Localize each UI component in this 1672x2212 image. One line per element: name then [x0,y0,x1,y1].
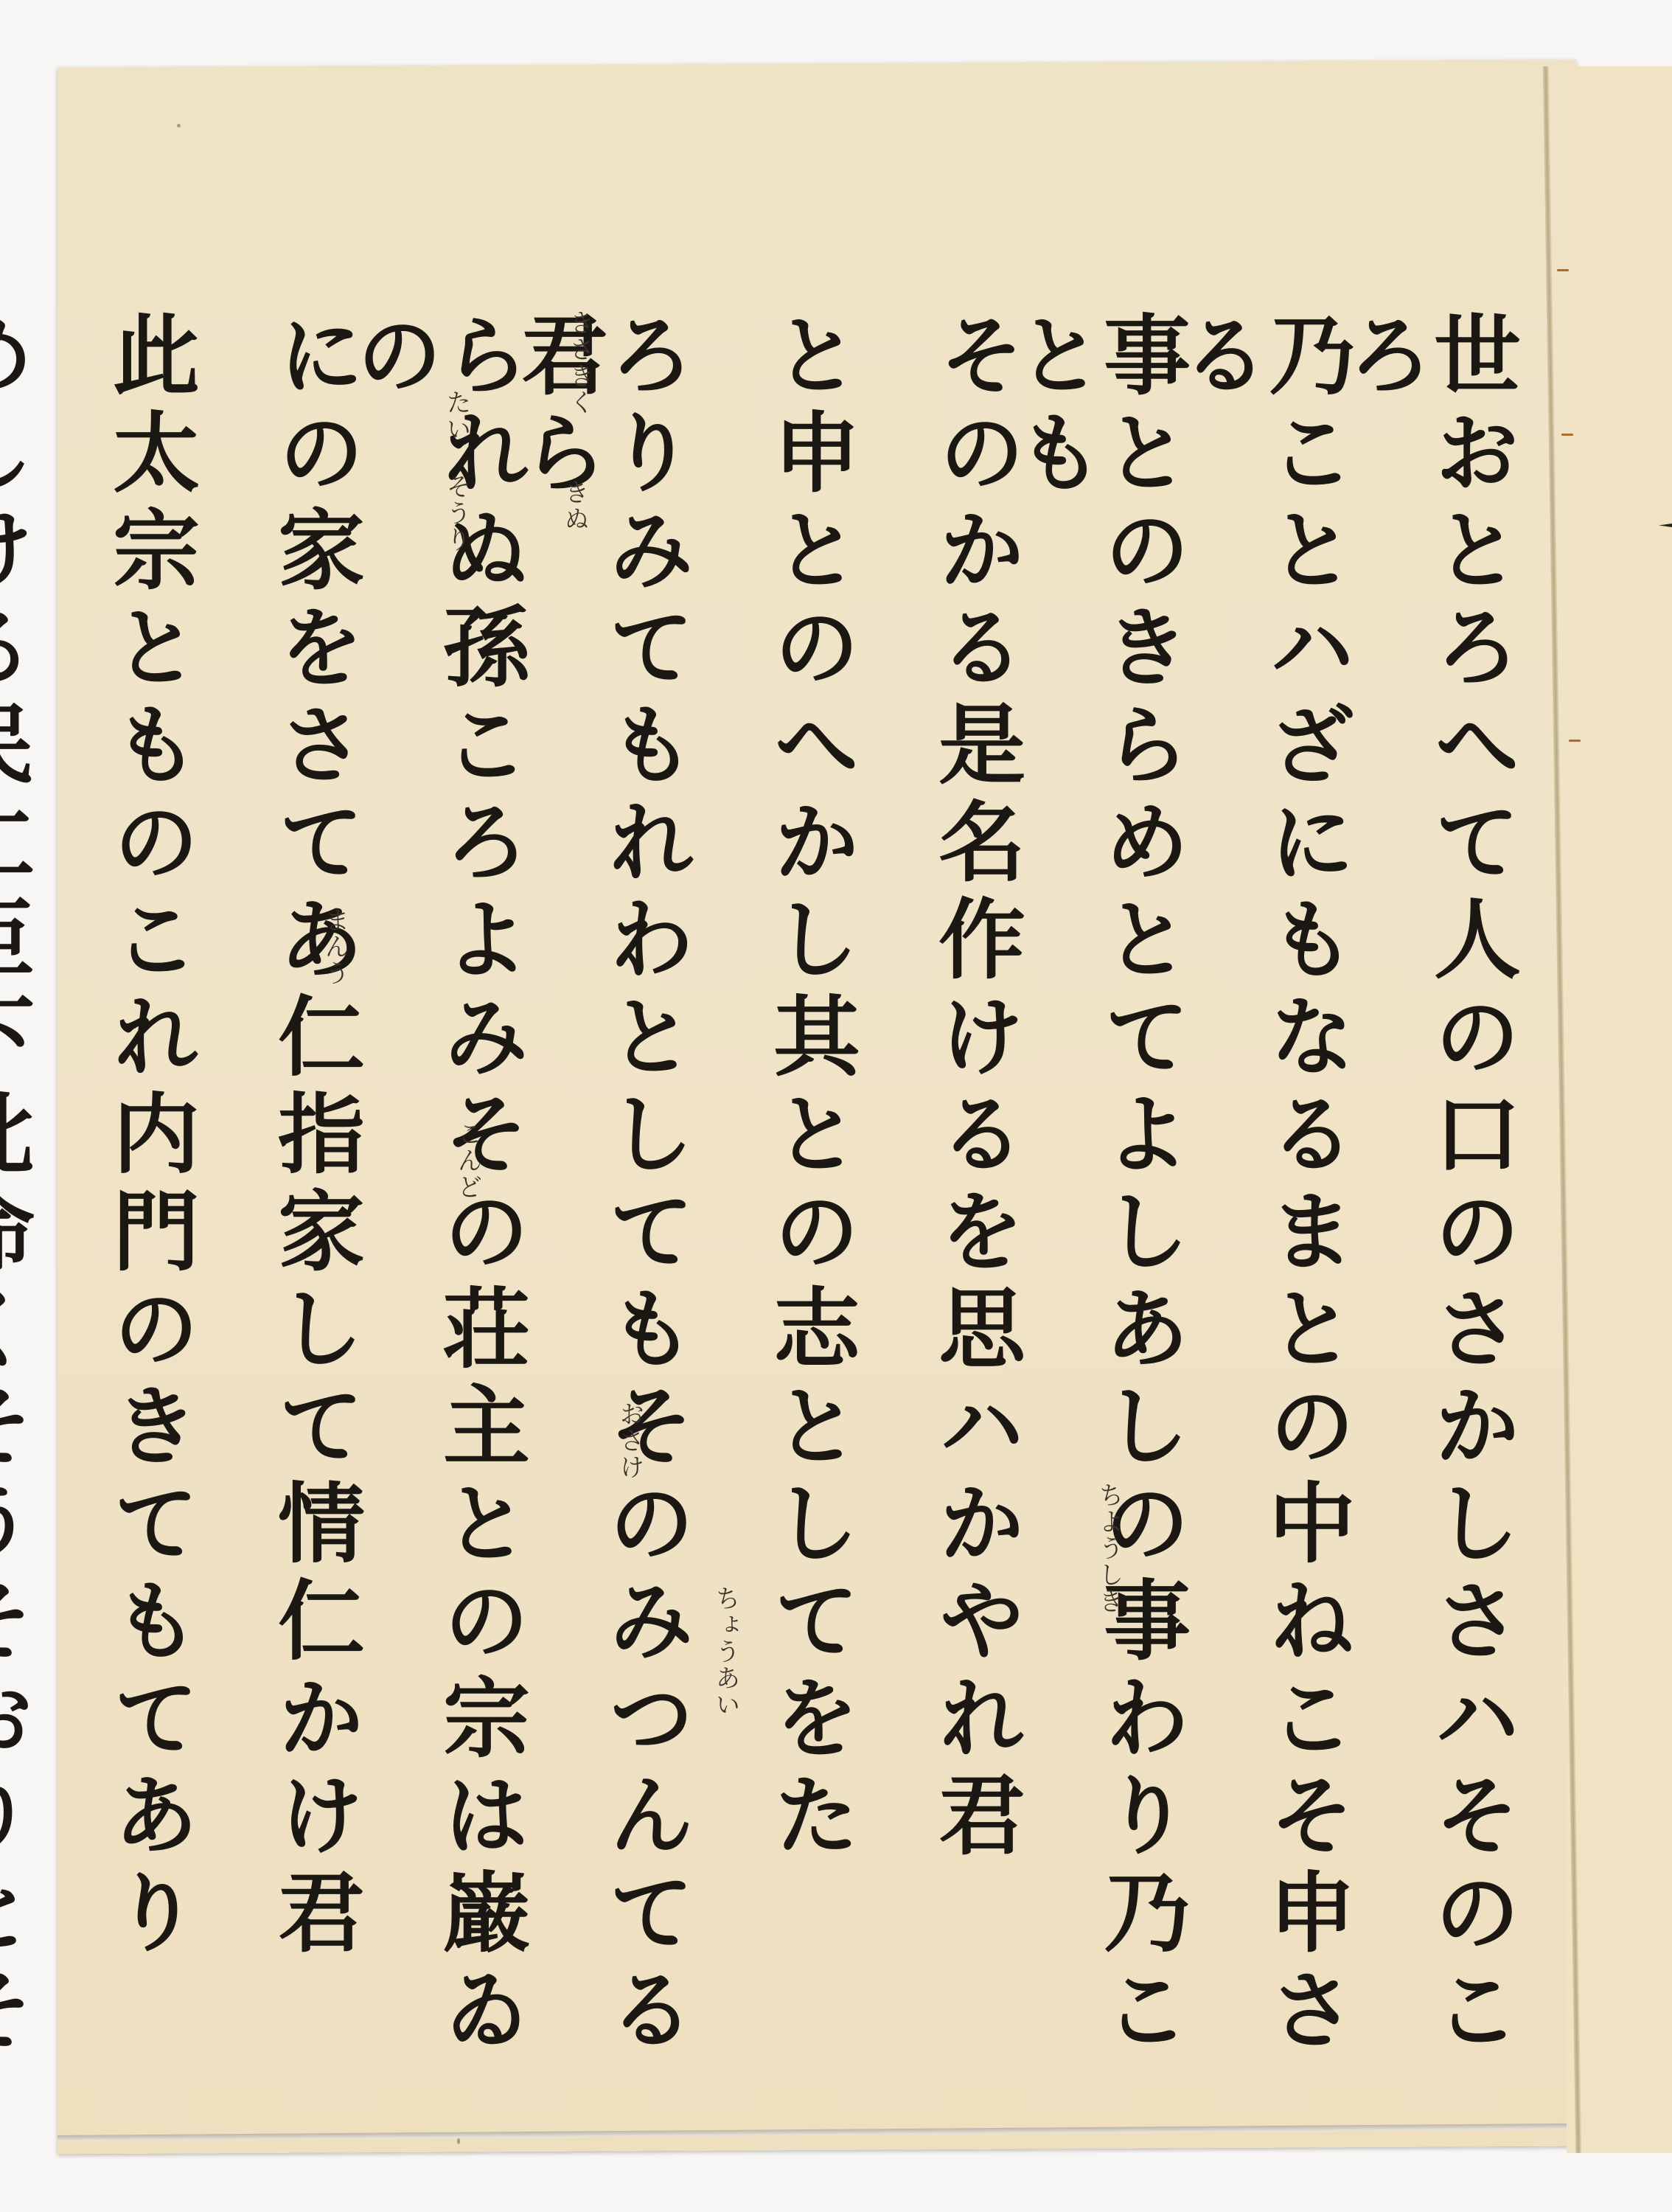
text-column-3: 事とのきらめとてよしあしの事わり乃ことも [1018,310,1183,2094]
paper-speck [177,124,181,128]
furigana-annotation: きぬ [557,479,593,532]
text-column-4: そのかる是名作けるを思ハかやれ君 [853,310,1018,2094]
text-column-7: られぬ孫ころよみその荘主との宗は巌ゐの [358,310,523,2094]
text-column-5: と申とのへかし其との志としてをた [688,310,853,2094]
text-column-1: 世おとろへて人の口のさかしさハそのころ [1348,310,1513,2094]
furigana-annotation: こんど [450,1121,486,1200]
binding-thread-mark [1569,740,1581,742]
furigana-annotation: そうり [439,473,475,553]
binding-thread-mark [1561,434,1573,436]
binding-thread-mark [1557,269,1569,271]
furigana-annotation: たい [439,389,475,442]
text-column-2: 乃ことハざにもなるまとの中ねこそ申さる [1183,310,1348,2094]
furigana-annotation: ちようしき [1091,1482,1127,1615]
text-column-10: めしける民仁臣下此命くそうそおりとそつる [0,310,27,2094]
furigana-annotation: おさけ [612,1401,648,1481]
text-column-9: 此太宗とものこれ内門のきてもてあり [27,310,192,2094]
furigana-annotation: まんう [317,907,353,987]
adjacent-page [1567,66,1672,2153]
calligraphy-text-block: 世おとろへて人の口のさかしさハそのころ 乃ことハざにもなるまとの中ねこそ申さる … [0,310,1513,2094]
furigana-annotation: きさきく [562,310,598,416]
paper-speck [457,2138,460,2144]
text-column-8: にの家をさてあ仁指家して情仁かけ君 [192,310,358,2094]
furigana-annotation: ちょうあい [708,1585,744,1718]
text-column-6: ろりみてもれわとしてもそのみつんてる君ら [523,310,688,2094]
